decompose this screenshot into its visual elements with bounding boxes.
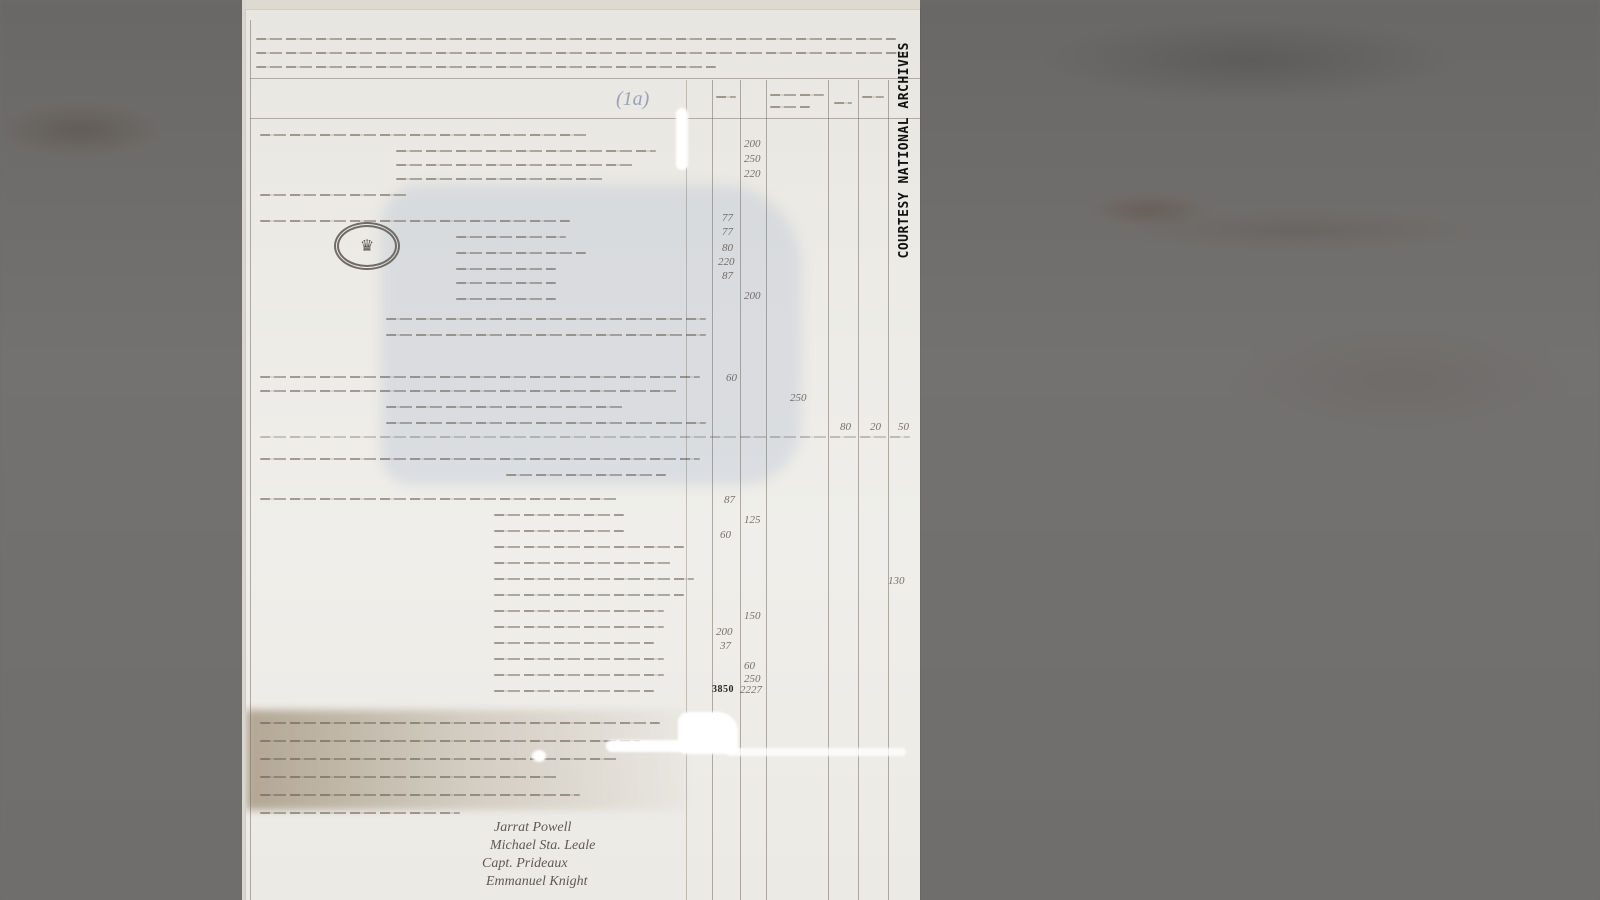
column-amount: 150 [744, 610, 761, 622]
column-header [834, 102, 852, 104]
entry-line [260, 376, 700, 378]
column-amount: 200 [744, 290, 761, 302]
entry-line [456, 282, 556, 284]
table-header-rule [250, 118, 920, 119]
entry-line [260, 220, 570, 222]
entry-line [494, 530, 624, 532]
entry-line [260, 134, 590, 136]
entry-line [396, 178, 606, 180]
entry-line [386, 318, 706, 320]
entry-line [456, 252, 586, 254]
entry-line [260, 390, 680, 392]
column-rule [888, 80, 889, 900]
header-text-line [256, 66, 716, 68]
column-amount: 250 [790, 392, 807, 404]
crown-seal-icon: ♛ [334, 222, 400, 270]
entry-line [494, 642, 654, 644]
total-amount-2: 2227 [740, 684, 762, 696]
column-amount: 77 [722, 212, 733, 224]
entry-line [260, 722, 660, 724]
column-rule [858, 80, 859, 900]
column-amount: 200 [716, 626, 733, 638]
entry-line [260, 776, 560, 778]
entry-line [386, 422, 706, 424]
column-amount: 125 [744, 514, 761, 526]
column-amount: 87 [722, 270, 733, 282]
entry-line [386, 406, 626, 408]
column-amount: 80 [722, 242, 733, 254]
entry-line [396, 164, 636, 166]
folio-mark: (1a) [616, 88, 649, 111]
entry-line [494, 690, 654, 692]
paper-tear [606, 740, 686, 752]
entry-line [494, 594, 684, 596]
entry-line [260, 194, 410, 196]
column-amount: 60 [726, 372, 737, 384]
column-header [770, 94, 824, 96]
signature-line: Emmanuel Knight [486, 874, 588, 890]
signature-line: Capt. Prideaux [482, 856, 568, 872]
column-amount: 80 [840, 421, 851, 433]
signature-line: Michael Sta. Leale [490, 838, 595, 854]
margin-rule [250, 20, 251, 900]
column-amount: 60 [744, 660, 755, 672]
entry-line [260, 812, 460, 814]
archival-document-page: (1a) ♛ 3850 2227 Jarrat Powell Michael S… [246, 10, 920, 900]
paper-tear [726, 748, 906, 756]
entry-line [494, 626, 664, 628]
column-rule [712, 80, 713, 900]
entry-line [386, 334, 706, 336]
column-rule [828, 80, 829, 900]
column-amount: 50 [898, 421, 909, 433]
fold-crease [686, 80, 687, 900]
entry-line [260, 436, 910, 438]
total-amount: 3850 [712, 684, 734, 695]
column-amount: 130 [888, 575, 905, 587]
entry-line [456, 268, 556, 270]
header-text-line [256, 52, 906, 54]
column-header [770, 106, 810, 108]
column-amount: 220 [718, 256, 735, 268]
column-amount: 20 [870, 421, 881, 433]
header-rule [250, 78, 920, 79]
column-amount: 220 [744, 168, 761, 180]
column-rule [766, 80, 767, 900]
column-amount: 77 [722, 226, 733, 238]
entry-line [494, 546, 684, 548]
entry-line [260, 458, 700, 460]
entry-line [456, 298, 556, 300]
column-amount: 250 [744, 153, 761, 165]
signature-line: Jarrat Powell [494, 820, 571, 836]
entry-line [506, 474, 666, 476]
entry-line [260, 794, 580, 796]
entry-line [494, 514, 624, 516]
column-amount: 200 [744, 138, 761, 150]
entry-line [494, 578, 694, 580]
header-text-line [256, 38, 896, 40]
column-amount: 250 [744, 673, 761, 685]
column-amount: 87 [724, 494, 735, 506]
photo-credit: COURTESY NATIONAL ARCHIVES [893, 8, 915, 293]
entry-line [396, 150, 656, 152]
column-rule [740, 80, 741, 900]
paper-hole [532, 750, 546, 762]
column-amount: 37 [720, 640, 731, 652]
column-header [716, 96, 736, 98]
paper-tear [676, 108, 688, 170]
entry-line [494, 562, 674, 564]
column-header [862, 96, 884, 98]
entry-line [494, 674, 664, 676]
column-amount: 60 [720, 529, 731, 541]
entry-line [494, 658, 664, 660]
credit-text: COURTESY NATIONAL ARCHIVES [897, 42, 912, 259]
entry-line [456, 236, 566, 238]
entry-line [494, 610, 664, 612]
entry-line [260, 740, 640, 742]
entry-line [260, 758, 620, 760]
entry-line [260, 498, 620, 500]
